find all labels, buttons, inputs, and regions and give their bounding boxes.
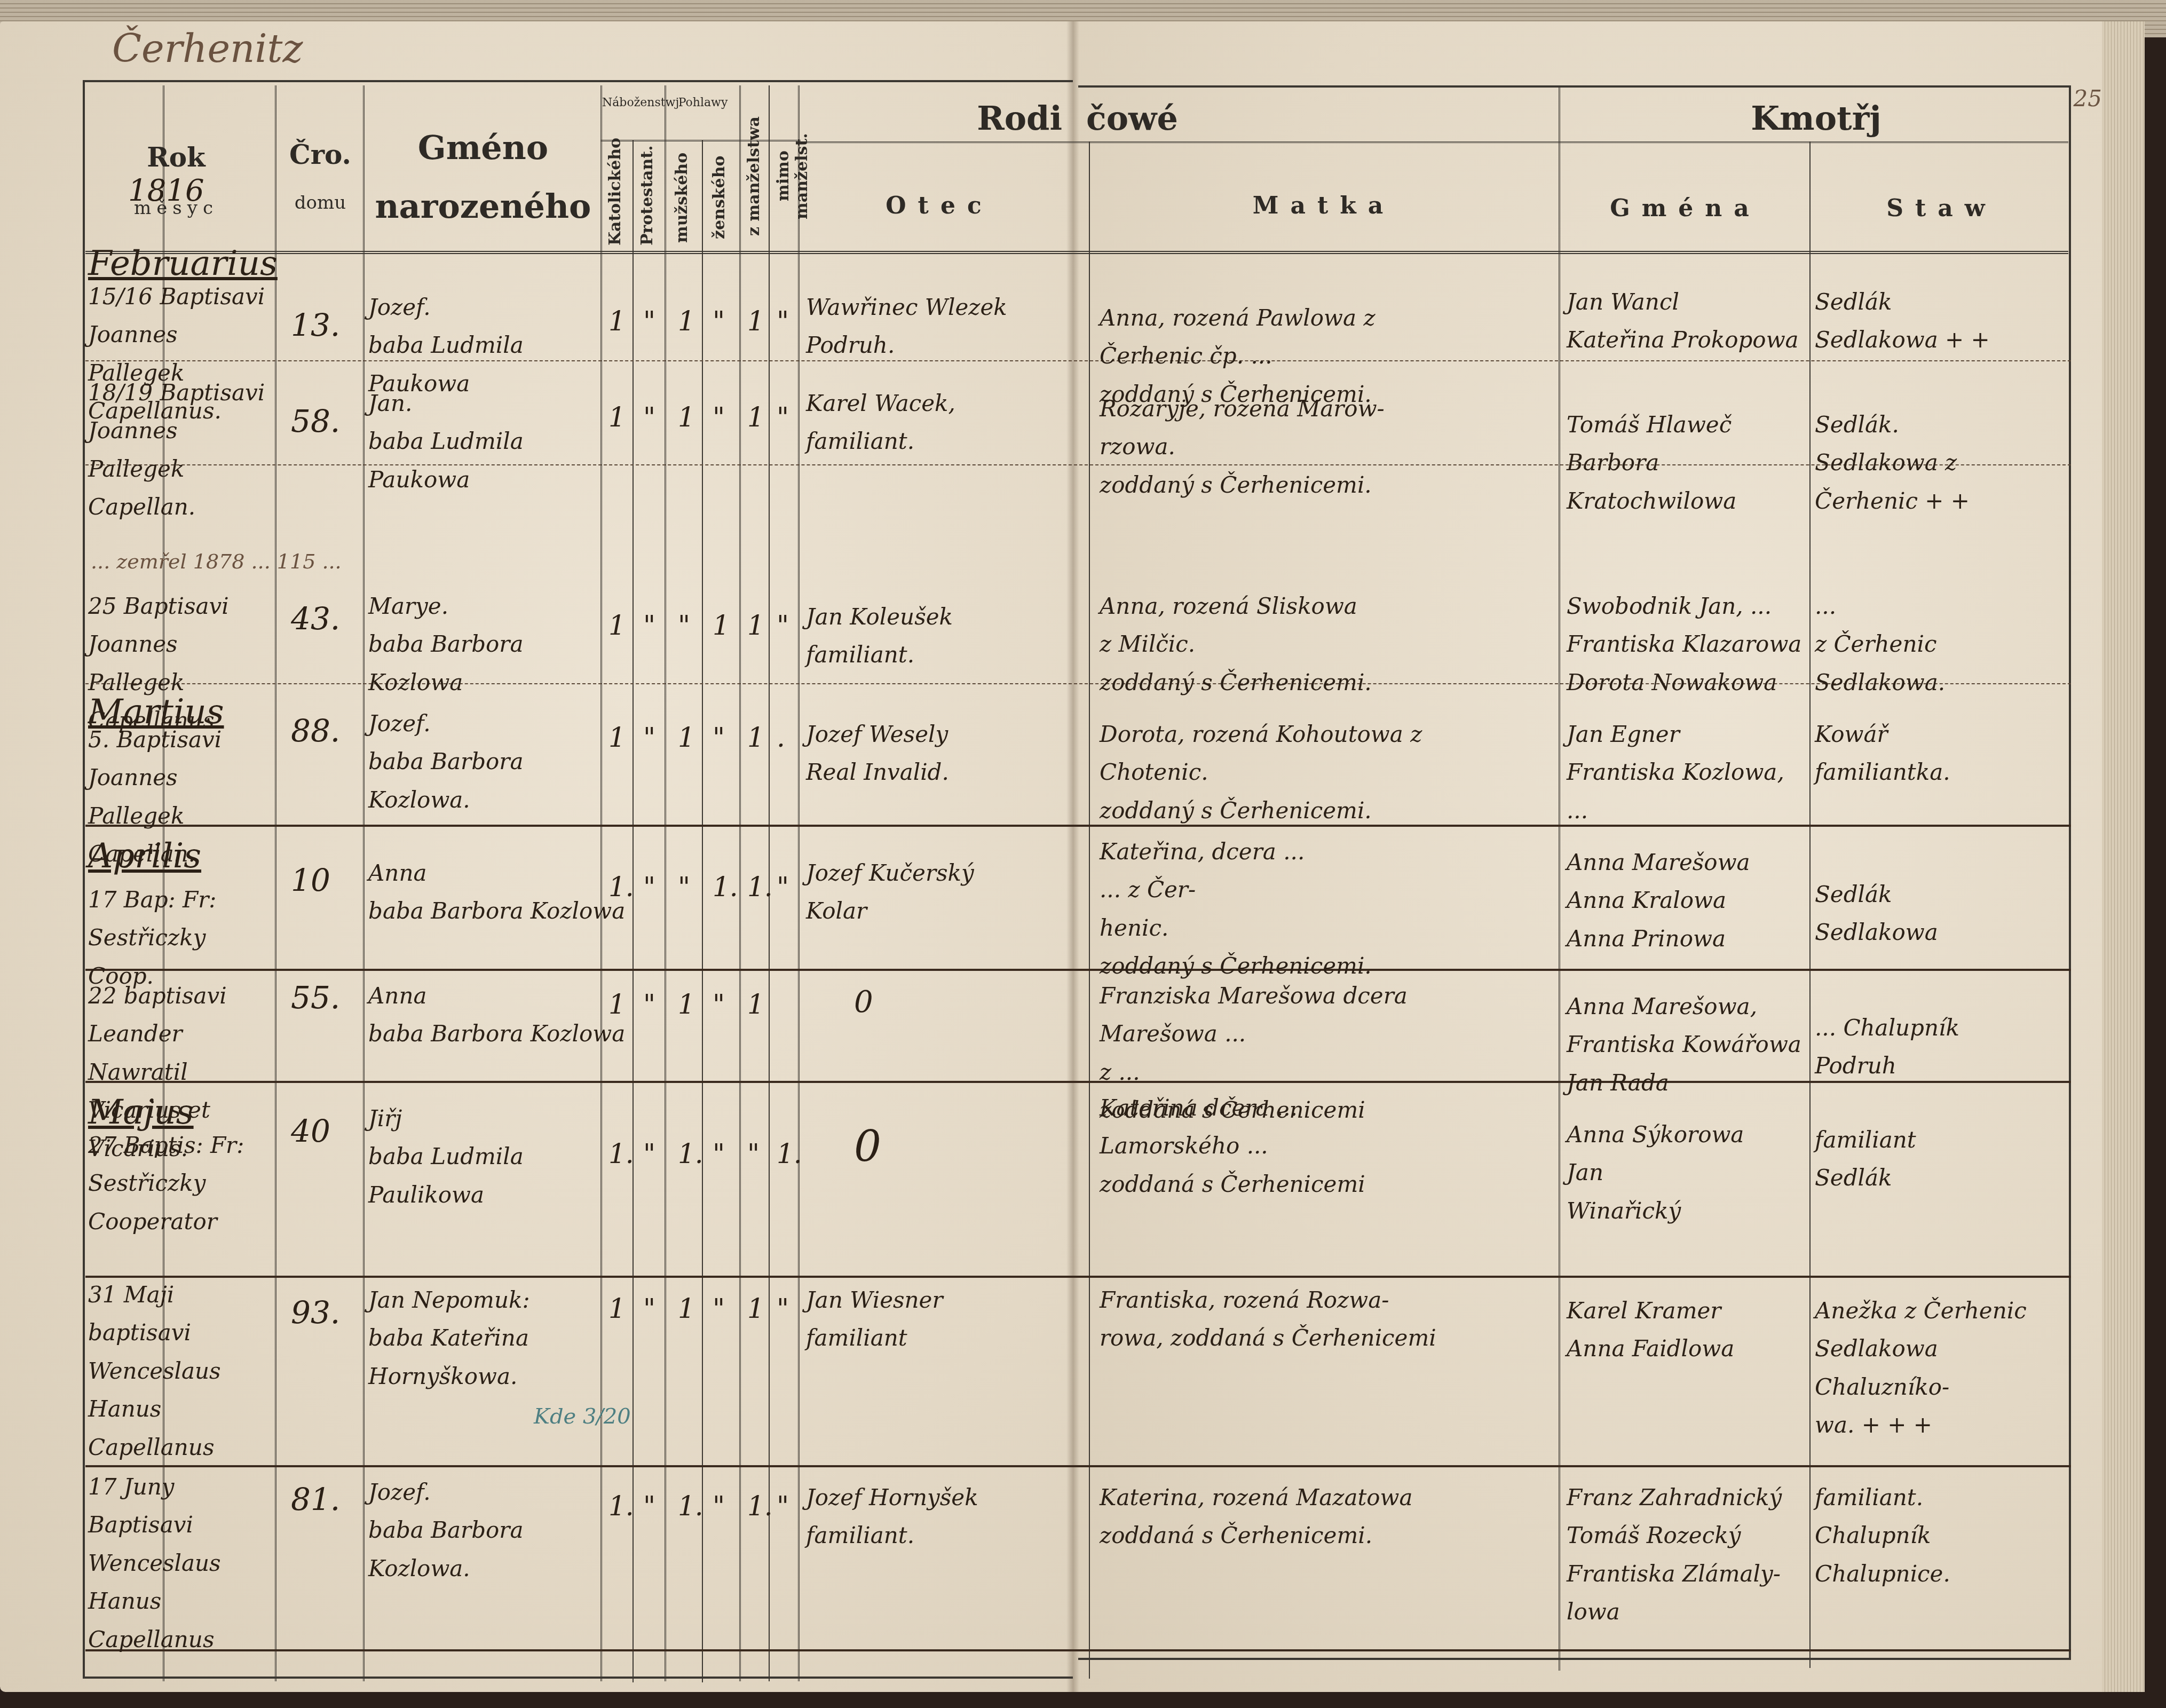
page-number: 25: [2074, 85, 2102, 112]
entry-date-baptist: 5. Baptisavi Joannes Pallegek Capellan.: [88, 721, 275, 873]
header-matka: Matka: [1092, 192, 1556, 219]
col-sep-12: [1559, 85, 1560, 1671]
mark-katolicke: 1: [608, 1286, 626, 1332]
subheader-divider: [801, 141, 2068, 143]
mark-manzelske: 1: [747, 299, 764, 344]
entry-father: Jozef Hornyšek familiant.: [806, 1478, 1073, 1555]
entry-mother: Dorota, rozená Kohoutowa z Chotenic. zod…: [1100, 715, 1559, 829]
entry-date-baptist: 31 Maji baptisavi Wenceslaus Hanus Capel…: [88, 1276, 275, 1466]
entry-godparents: Franz Zahradnický Tomáš Rozecký Frantisk…: [1567, 1478, 1809, 1631]
mark-nemanzelske: ": [777, 1286, 789, 1332]
header-rodicowe-left: Rodi: [971, 99, 1062, 138]
header-zenskeho: ženského: [710, 149, 729, 246]
header-otec: Otec: [801, 192, 1078, 219]
entry-date-baptist: 27 Baptis: Fr: Sestřiczky Cooperator: [88, 1126, 275, 1240]
entry-mother: Rozaryje, rozená Marow- rzowa. zoddaný s…: [1100, 390, 1559, 504]
header-cislo: Čro.: [278, 139, 363, 170]
mark-katolicke: 1: [608, 603, 626, 649]
entry-house: 81.: [291, 1473, 340, 1526]
entry-child: Anna baba Barbora Kozlowa: [368, 854, 689, 930]
entry-house: 93.: [291, 1286, 340, 1339]
header-kmotri: Kmotřj: [1561, 99, 2071, 138]
header-mesyc: měsyc: [123, 197, 230, 219]
mark-protestant: ": [643, 603, 655, 649]
mark-katolicke: 1.: [608, 865, 634, 910]
entry-godparents-status: Sedlák Sedlakowa + +: [1815, 283, 2066, 359]
header-jmeno: Gméno: [368, 128, 598, 167]
header-mimo-manzelst: mimo manželst.: [774, 107, 811, 246]
mark-nemanzelske: ": [777, 395, 789, 440]
entry-child: Jan. baba Ludmila Paukowa: [368, 384, 598, 499]
col-sep-7: [702, 140, 703, 1682]
mark-muzske: 1: [678, 982, 695, 1027]
mark-zenske: ": [713, 1286, 725, 1332]
entry-godparents: Anna Sýkorowa Jan Winařický: [1567, 1116, 1809, 1230]
entry-house: 88.: [291, 705, 340, 757]
entry-date-baptist: 17 Juny Baptisavi Wenceslaus Hanus Capel…: [88, 1468, 275, 1658]
entry-father: Wawřinec Wlezek Podruh.: [806, 288, 1073, 365]
entry-mother: Katerina, rozená Mazatowa zoddaná s Čerh…: [1100, 1478, 1559, 1555]
entry-child: Jiřj baba Ludmila Paulikowa: [368, 1100, 598, 1214]
entry-child: Marye. baba Barbora Kozlowa: [368, 587, 598, 701]
row-divider-7: [85, 1276, 2071, 1278]
religion-sex-divider: [600, 140, 801, 141]
row-divider-8: [85, 1465, 2071, 1467]
entry-father: Jozef Wesely Real Invalid.: [806, 715, 1073, 792]
mark-katolicke: 1.: [608, 1484, 634, 1529]
mark-nemanzelske: ": [777, 299, 789, 344]
entry-house: 13.: [291, 299, 340, 352]
entry-godparents-status: Sedlák Sedlakowa: [1815, 875, 2066, 952]
entry-child: Jozef. baba Barbora Kozlowa.: [368, 1473, 598, 1587]
entry-godparents-status: familiant Sedlák: [1815, 1121, 2066, 1197]
col-sep-8: [739, 85, 741, 1681]
mark-zenske: ": [713, 715, 725, 761]
entry-house: 40: [291, 1105, 330, 1158]
mark-manzelske: 1: [747, 982, 764, 1027]
entry-godparents-status: familiant. Chalupník Chalupnice.: [1815, 1478, 2066, 1593]
entry-father: Jan Koleušek familiant.: [806, 598, 1073, 674]
mark-protestant: ": [643, 299, 655, 344]
mark-protestant: ": [643, 1484, 655, 1529]
mark-protestant: ": [643, 1132, 655, 1177]
parish-heading: Čerhenitz: [112, 16, 303, 81]
entry-godparents-status: Sedlák. Sedlakowa z Čerhenic + +: [1815, 406, 2066, 520]
entry-father: 0: [854, 1110, 881, 1183]
row-divider-9: [85, 1649, 2071, 1651]
mark-muzske: 1.: [678, 1484, 703, 1529]
entry-child: Anna baba Barbora Kozlowa: [368, 977, 689, 1053]
mark-muzske: 1: [678, 715, 695, 761]
entry-father: Karel Wacek, familiant.: [806, 384, 1073, 461]
book-fore-edge: [2102, 21, 2145, 1692]
mark-nemanzelske: .: [777, 715, 785, 761]
mark-muzske: ": [678, 865, 690, 910]
entry-godparents-status: Kowář familiantka.: [1815, 715, 2066, 792]
entry-godparents: Jan Egner Frantiska Kozlowa, ...: [1567, 715, 1809, 829]
mark-zenske: ": [713, 982, 725, 1027]
header-kmotri-staw: Staw: [1812, 195, 2071, 222]
mark-manzelske: ": [747, 1132, 760, 1177]
header-rodicowe-right: čowé: [1086, 99, 1177, 138]
header-domu: domu: [278, 192, 363, 213]
entry-father: Jozef Kučerský Kolar: [806, 854, 1073, 930]
entry-date-baptist: 18/19 Baptisavi Joannes Pallegek Capella…: [88, 374, 275, 526]
entry-house: 43.: [291, 592, 340, 645]
entry-godparents-status: Anežka z Čerhenic Sedlakowa Chaluzníko- …: [1815, 1292, 2066, 1444]
mark-manzelske: 1: [747, 603, 764, 649]
col-sep-2: [275, 85, 276, 1681]
mark-muzske: ": [678, 603, 690, 649]
header-kmotri-jmena: Gména: [1561, 195, 1809, 222]
mark-manzelske: 1.: [747, 865, 773, 910]
mark-protestant: ": [643, 395, 655, 440]
mark-protestant: ": [643, 865, 655, 910]
header-katolickeho: Katolického: [606, 149, 624, 246]
mark-katolicke: 1: [608, 395, 626, 440]
header-protestant: Protestant.: [638, 149, 657, 246]
entry-godparents: Swobodnik Jan, ... Frantiska Klazarowa D…: [1567, 587, 1809, 701]
mark-manzelske: 1: [747, 1286, 764, 1332]
mark-protestant: ": [643, 715, 655, 761]
entry-godparents: Karel Kramer Anna Faidlowa: [1567, 1292, 1809, 1368]
mark-zenske: ": [713, 299, 725, 344]
header-muzskeho: mužského: [673, 149, 691, 246]
entry-godparents-status: ... z Čerhenic Sedlakowa.: [1815, 587, 2066, 701]
entry-father: Jan Wiesner familiant: [806, 1281, 1073, 1357]
entry-godparents: Tomáš Hlaweč Barbora Kratochwilowa: [1567, 406, 1809, 520]
mark-zenske: 1: [713, 603, 730, 649]
header-divider: [85, 251, 2068, 254]
mark-zenske: ": [713, 395, 725, 440]
header-z-manzelstwa: z manželstwa: [745, 107, 763, 246]
header-nabozenstwi: Náboženstwj: [602, 96, 665, 109]
entry-godparents: Jan Wancl Kateřina Prokopowa: [1567, 283, 1809, 359]
header-narozeneho: narozeného: [368, 187, 598, 226]
mark-protestant: ": [643, 982, 655, 1027]
col-sep-11: [1089, 141, 1090, 1679]
entry-child: Jozef. baba Barbora Kozlowa.: [368, 705, 598, 819]
mark-manzelske: 1: [747, 395, 764, 440]
mark-zenske: ": [713, 1132, 725, 1177]
mark-katolicke: 1.: [608, 1132, 634, 1177]
entry-father: 0: [854, 977, 873, 1027]
mark-nemanzelske: ": [777, 865, 789, 910]
entry-godparents-status: ... Chalupník Podruh: [1815, 1009, 2066, 1085]
mark-katolicke: 1: [608, 982, 626, 1027]
entry-mother: Anna, rozená Sliskowa z Milčic. zoddaný …: [1100, 587, 1559, 701]
mark-nemanzelske: ": [777, 1484, 789, 1529]
header-pohlawy: Pohlawy: [666, 96, 740, 109]
mark-manzelske: 1.: [747, 1484, 773, 1529]
mark-katolicke: 1: [608, 299, 626, 344]
col-sep-3: [363, 85, 365, 1681]
mark-muzske: 1: [678, 395, 695, 440]
mark-katolicke: 1: [608, 715, 626, 761]
mark-nemanzelske: ": [777, 603, 789, 649]
mark-protestant: ": [643, 1286, 655, 1332]
row-divider-5: [85, 969, 2071, 971]
col-sep-13: [1809, 141, 1811, 1668]
mark-nemanzelske: 1.: [777, 1132, 802, 1177]
mark-muzske: 1: [678, 299, 695, 344]
entry-house: 55.: [291, 971, 340, 1024]
entry-annotation-blue: Kde 3/20: [534, 1398, 631, 1435]
mark-zenske: 1.: [713, 865, 738, 910]
mark-muzske: 1: [678, 1286, 695, 1332]
entry-house: 58.: [291, 395, 340, 448]
entry-mother: Frantiska, rozená Rozwa- rowa, zoddaná s…: [1100, 1281, 1559, 1357]
entry-mother: Kateřina dcera ... Lamorského ... zoddan…: [1100, 1089, 1559, 1203]
entry-mother: Kateřina, dcera ... ... z Čer- henic. zo…: [1100, 833, 1559, 985]
entry-date-baptist: 25 Baptisavi Joannes Pallegek Capellanus…: [88, 587, 275, 740]
entry-house: 10: [291, 854, 330, 907]
mark-muzske: 1.: [678, 1132, 703, 1177]
mark-manzelske: 1: [747, 715, 764, 761]
entry-child: Jan Nepomuk: baba Kateřina Hornyškowa.: [368, 1281, 598, 1395]
entry-godparents: Anna Marešowa Anna Kralowa Anna Prinowa: [1567, 843, 1809, 958]
entry-godparents: Anna Marešowa, Frantiska Kowářowa Jan Ra…: [1567, 987, 1809, 1102]
entry-annotation: ... zemřel 1878 ... 115 ...: [91, 544, 838, 579]
mark-zenske: ": [713, 1484, 725, 1529]
col-sep-10: [798, 85, 800, 1681]
